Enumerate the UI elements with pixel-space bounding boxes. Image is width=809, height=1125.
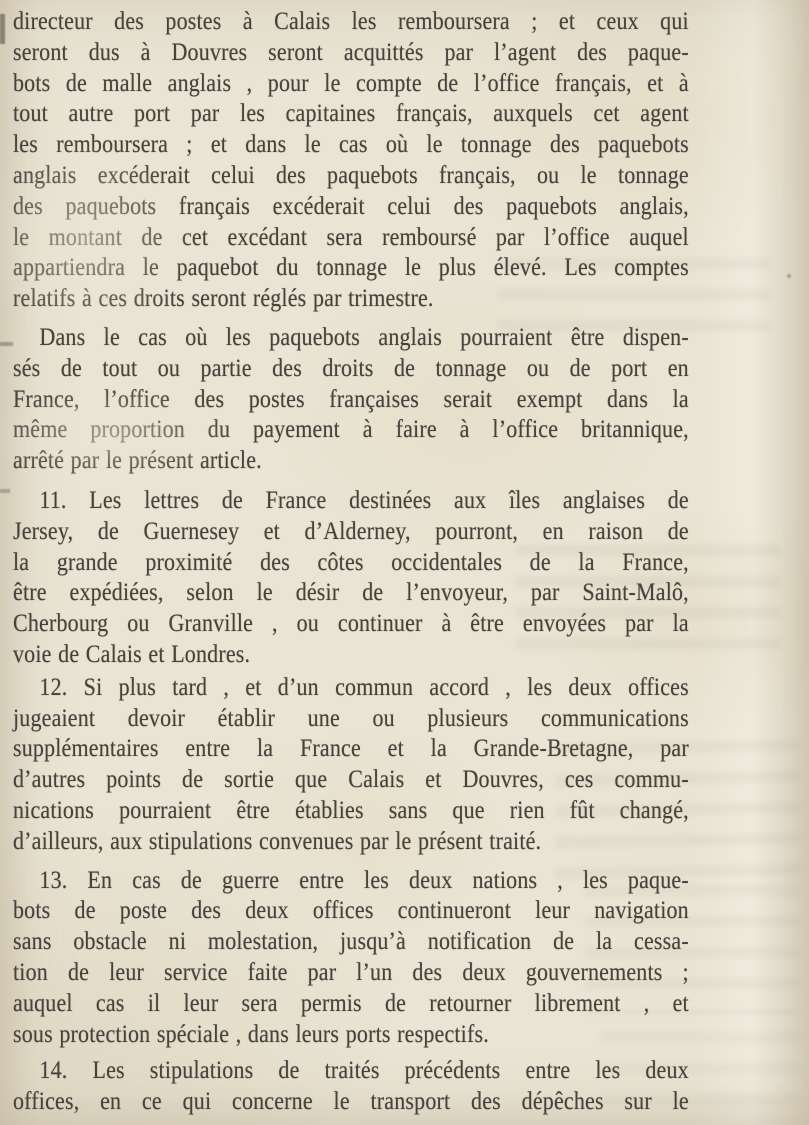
- ink-fade-patch: [0, 140, 200, 340]
- text-line: sés de tout ou partie des droits de tonn…: [13, 354, 689, 385]
- text-line: seront dus à Douvres seront acquittés pa…: [13, 38, 689, 69]
- text-line: Cherbourg ou Granville , ou continuer à …: [13, 609, 689, 640]
- text-line: bots de poste des deux offices continuer…: [13, 896, 689, 927]
- text-line: jugeaient devoir établir une ou plusieur…: [13, 704, 689, 735]
- scanned-page: directeur des postes à Calais les rembou…: [0, 0, 809, 1125]
- text-line: sans obstacle ni molestation, jusqu’à no…: [13, 927, 689, 958]
- text-line: supplémentaires entre la France et la Gr…: [13, 734, 689, 765]
- scan-artifact: [0, 342, 13, 346]
- paragraph-6-article-14: 14. Les stipulations de traités précéden…: [13, 1056, 689, 1118]
- text-line: 13. En cas de guerre entre les deux nati…: [13, 866, 689, 897]
- text-line: tout autre port par les capitaines franç…: [13, 99, 689, 130]
- paragraph-5-article-13: 13. En cas de guerre entre les deux nati…: [13, 866, 689, 1051]
- text-line: tion de leur service faite par l’un des …: [13, 958, 689, 989]
- text-line: 14. Les stipulations de traités précéden…: [13, 1056, 689, 1087]
- scan-artifact: [787, 274, 791, 278]
- scan-artifact: [0, 14, 5, 44]
- text-line: nications pourraient être établies sans …: [13, 796, 689, 827]
- paragraph-3-article-11: 11. Les lettres de France destinées aux …: [13, 486, 689, 671]
- text-line: d’ailleurs, aux stipulations convenues p…: [13, 827, 689, 858]
- text-line: voie de Calais et Londres.: [13, 640, 689, 671]
- paragraph-4-article-12: 12. Si plus tard , et d’un commun accord…: [13, 673, 689, 858]
- text-line: Jersey, de Guernesey et d’Alderney, pour…: [13, 517, 689, 548]
- text-line: la grande proximité des côtes occidental…: [13, 548, 689, 579]
- scan-artifact: [0, 489, 10, 493]
- text-line: 11. Les lettres de France destinées aux …: [13, 486, 689, 517]
- text-line: bots de malle anglais , pour le compte d…: [13, 69, 689, 100]
- text-line: sous protection spéciale , dans leurs po…: [13, 1020, 689, 1051]
- ink-fade-patch: [0, 385, 240, 485]
- text-line: d’autres points de sortie que Calais et …: [13, 765, 689, 796]
- text-line: auquel cas il leur sera permis de retour…: [13, 989, 689, 1020]
- text-line: directeur des postes à Calais les rembou…: [13, 7, 689, 38]
- text-line: 12. Si plus tard , et d’un commun accord…: [13, 673, 689, 704]
- text-line: être expédiées, selon le désir de l’envo…: [13, 578, 689, 609]
- text-line: offices, en ce qui concerne le transport…: [13, 1087, 689, 1118]
